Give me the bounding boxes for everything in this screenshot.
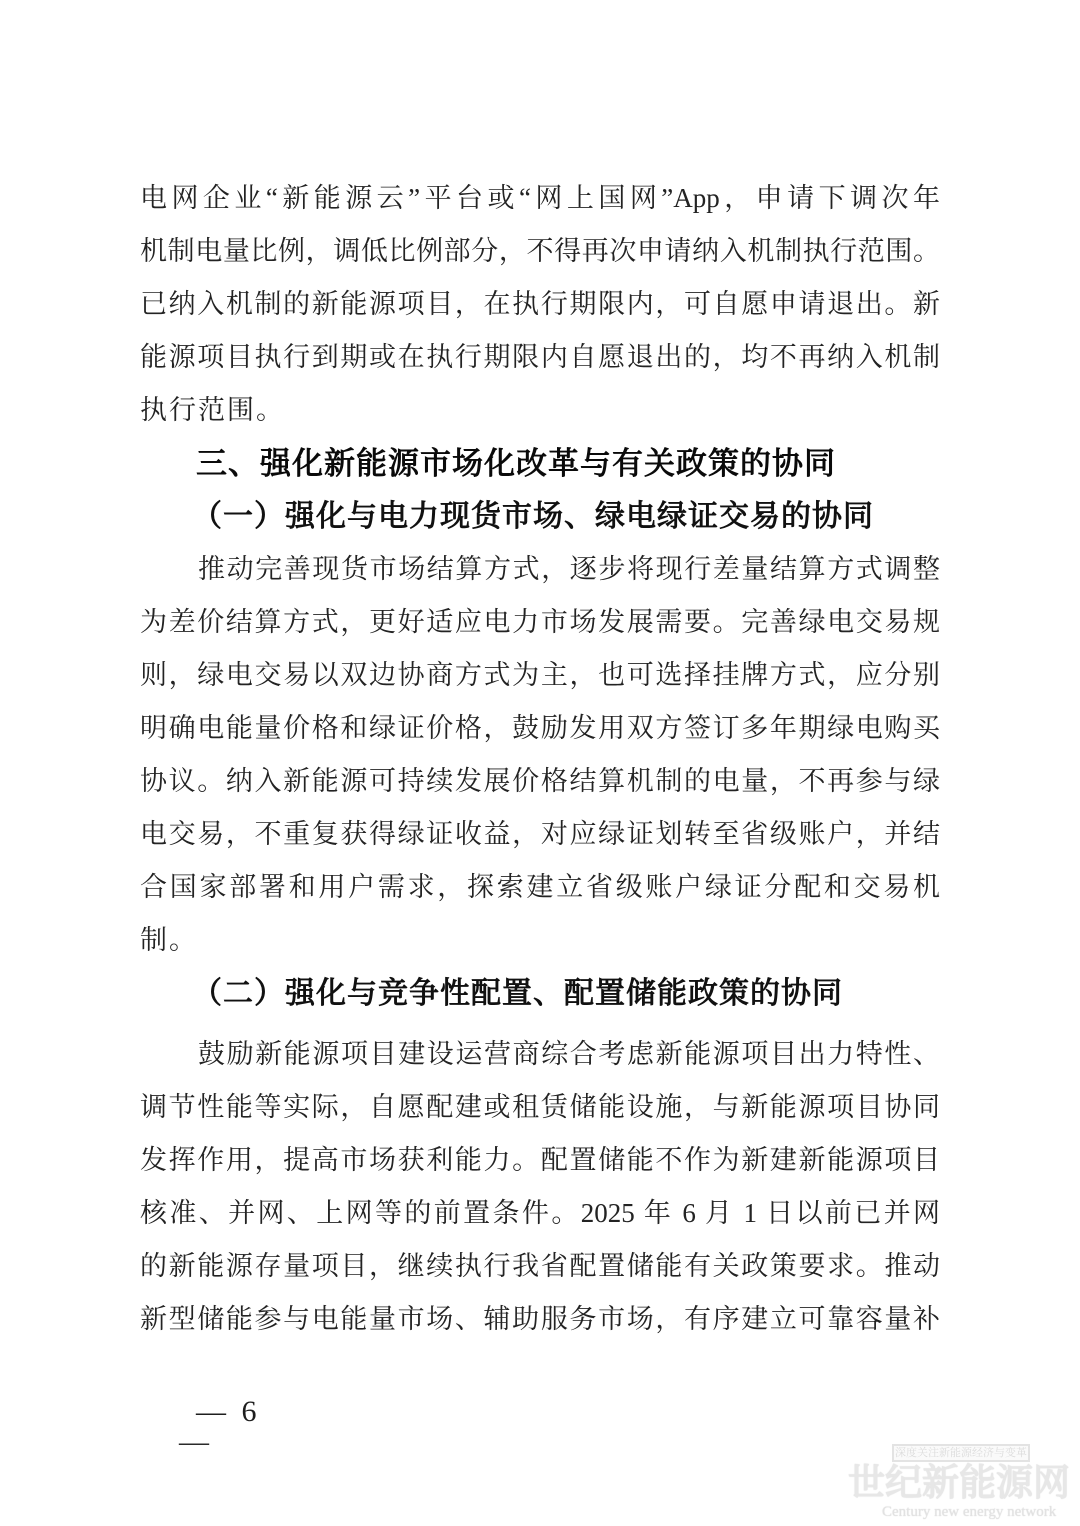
text-line: 鼓励新能源项目建设运营商综合考虑新能源项目出力特性、 bbox=[140, 1028, 940, 1081]
text-line: 发挥作用，提高市场获利能力。配置储能不作为新建新能源项目 bbox=[140, 1134, 940, 1187]
subsection-2-heading: （二）强化与竞争性配置、配置储能政策的协同 bbox=[140, 967, 940, 1020]
text-line: 为差价结算方式，更好适应电力市场发展需要。完善绿电交易规 bbox=[140, 596, 940, 649]
page-number-dash: — bbox=[179, 1422, 209, 1462]
text-line: 则，绿电交易以双边协商方式为主，也可选择挂牌方式，应分别 bbox=[140, 649, 940, 702]
subsection-1-heading: （一）强化与电力现货市场、绿电绿证交易的协同 bbox=[140, 490, 940, 543]
text-line: 执行范围。 bbox=[140, 384, 940, 437]
text-line: 推动完善现货市场结算方式，逐步将现行差量结算方式调整 bbox=[140, 543, 940, 596]
site-watermark: 深度关注新能源经济与变革 世纪新能源网 Century new energy n… bbox=[848, 1444, 1080, 1521]
text-line: 制。 bbox=[140, 914, 940, 967]
document-page: 电网企业“新能源云”平台或“网上国网”App，申请下调次年 机制电量比例，调低比… bbox=[0, 0, 1080, 1526]
watermark-site-name-en: Century new energy network bbox=[882, 1504, 1080, 1521]
text-line: 合国家部署和用户需求，探索建立省级账户绿证分配和交易机 bbox=[140, 861, 940, 914]
text-line: 核准、并网、上网等的前置条件。2025 年 6 月 1 日以前已并网 bbox=[140, 1187, 940, 1240]
text-line: 协议。纳入新能源可持续发展价格结算机制的电量，不再参与绿 bbox=[140, 755, 940, 808]
text-line: 调节性能等实际，自愿配建或租赁储能设施，与新能源项目协同 bbox=[140, 1081, 940, 1134]
text-line: 的新能源存量项目，继续执行我省配置储能有关政策要求。推动 bbox=[140, 1240, 940, 1293]
text-line: 已纳入机制的新能源项目，在执行期限内，可自愿申请退出。新 bbox=[140, 278, 940, 331]
text-line: 新型储能参与电能量市场、辅助服务市场，有序建立可靠容量补 bbox=[140, 1293, 940, 1346]
text-line: 明确电能量价格和绿证价格，鼓励发用双方签订多年期绿电购买 bbox=[140, 702, 940, 755]
watermark-site-name: 世纪新能源网 bbox=[848, 1464, 1080, 1504]
text-line: 电网企业“新能源云”平台或“网上国网”App，申请下调次年 bbox=[140, 172, 940, 225]
text-line: 机制电量比例，调低比例部分，不得再次申请纳入机制执行范围。 bbox=[140, 225, 940, 278]
watermark-slogan-banner: 深度关注新能源经济与变革 bbox=[892, 1444, 1030, 1462]
section-heading: 三、强化新能源市场化改革与有关政策的协同 bbox=[140, 437, 940, 490]
text-line: 能源项目执行到期或在执行期限内自愿退出的，均不再纳入机制 bbox=[140, 331, 940, 384]
text-line: 电交易，不重复获得绿证收益，对应绿证划转至省级账户，并结 bbox=[140, 808, 940, 861]
document-body: 电网企业“新能源云”平台或“网上国网”App，申请下调次年 机制电量比例，调低比… bbox=[140, 172, 940, 1346]
